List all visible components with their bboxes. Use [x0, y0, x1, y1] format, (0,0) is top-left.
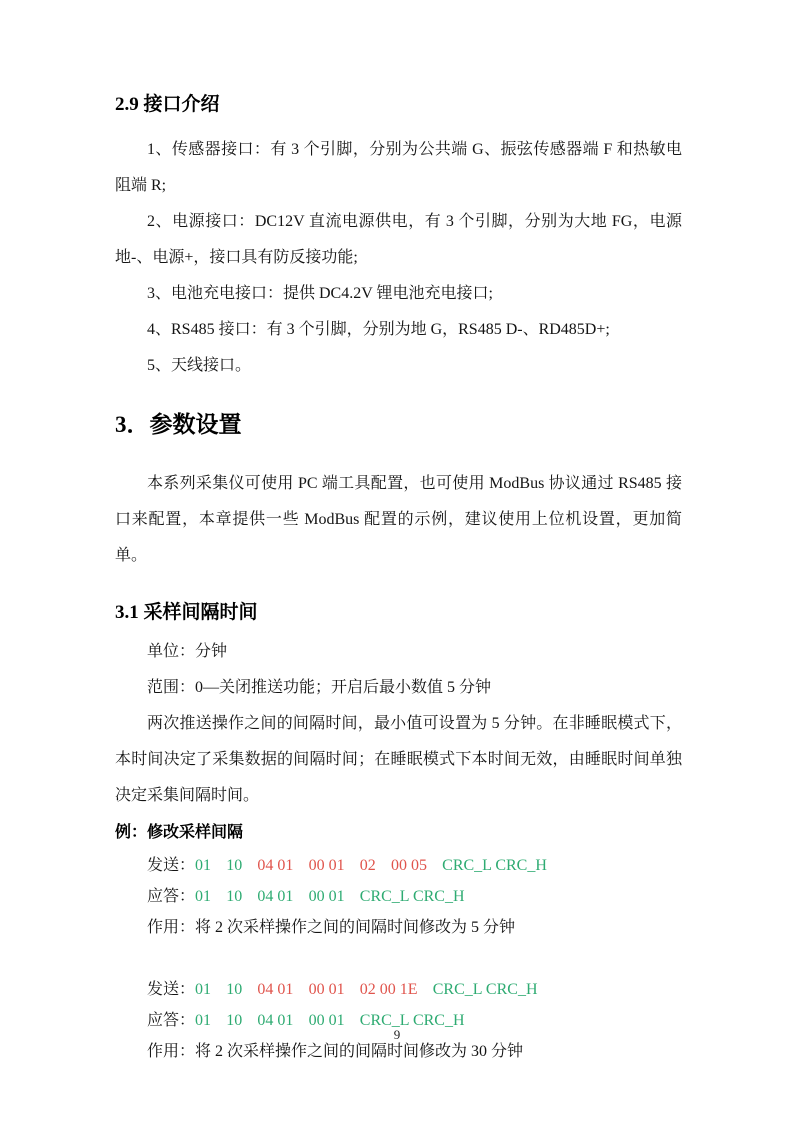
hex-token: 01 — [195, 981, 211, 998]
effect-text: 将 2 次采样操作之间的间隔时间修改为 5 分钟 — [195, 919, 515, 936]
interface-item-battery: 3、电池充电接口：提供 DC4.2V 锂电池充电接口; — [115, 276, 682, 312]
hex-token: 04 01 — [257, 888, 293, 905]
reply-label: 应答： — [147, 888, 195, 905]
example-title: 例：修改采样间隔 — [115, 816, 682, 850]
hex-token: 01 — [195, 888, 211, 905]
section-3-1-heading: 3.1 采样间隔时间 — [115, 600, 682, 626]
effect-label: 作用： — [147, 1043, 195, 1060]
hex-token: 10 — [226, 857, 242, 874]
hex-token: 02 00 1E — [360, 981, 418, 998]
unit-line: 单位：分钟 — [115, 634, 682, 670]
section-2-9-heading: 2.9 接口介绍 — [115, 92, 682, 118]
reply-line: 应答：011004 0100 01CRC_L CRC_H — [115, 881, 682, 912]
effect-line: 作用：将 2 次采样操作之间的间隔时间修改为 5 分钟 — [115, 912, 682, 943]
section-3-heading: 3．参数设置 — [115, 410, 682, 440]
interface-item-sensor: 1、传感器接口：有 3 个引脚，分别为公共端 G、振弦传感器端 F 和热敏电阻端… — [115, 132, 682, 204]
hex-token: 10 — [226, 981, 242, 998]
page-number: 9 — [0, 1027, 794, 1043]
send-line: 发送：011004 0100 010200 05CRC_L CRC_H — [115, 850, 682, 881]
hex-token: CRC_L CRC_H — [433, 981, 538, 998]
hex-token: 10 — [226, 888, 242, 905]
hex-token: CRC_L CRC_H — [442, 857, 547, 874]
interval-description: 两次推送操作之间的间隔时间，最小值可设置为 5 分钟。在非睡眠模式下，本时间决定… — [115, 706, 682, 814]
interface-item-rs485: 4、RS485 接口：有 3 个引脚，分别为地 G，RS485 D-、RD485… — [115, 312, 682, 348]
hex-token: CRC_L CRC_H — [360, 888, 465, 905]
effect-text: 将 2 次采样操作之间的间隔时间修改为 30 分钟 — [195, 1043, 523, 1060]
hex-token: 00 01 — [309, 888, 345, 905]
range-line: 范围：0—关闭推送功能；开启后最小数值 5 分钟 — [115, 670, 682, 706]
interface-item-antenna: 5、天线接口。 — [115, 348, 682, 384]
send-line: 发送：011004 0100 0102 00 1ECRC_L CRC_H — [115, 974, 682, 1005]
section-3-intro: 本系列采集仪可使用 PC 端工具配置，也可使用 ModBus 协议通过 RS48… — [115, 466, 682, 574]
hex-token: 01 — [195, 857, 211, 874]
hex-token: 00 01 — [309, 857, 345, 874]
hex-token: 04 01 — [257, 857, 293, 874]
send-label: 发送： — [147, 857, 195, 874]
send-label: 发送： — [147, 981, 195, 998]
effect-label: 作用： — [147, 919, 195, 936]
hex-token: 00 05 — [391, 857, 427, 874]
hex-token: 00 01 — [309, 981, 345, 998]
interface-item-power: 2、电源接口：DC12V 直流电源供电，有 3 个引脚，分别为大地 FG，电源地… — [115, 204, 682, 276]
hex-token: 04 01 — [257, 981, 293, 998]
document-page: 2.9 接口介绍 1、传感器接口：有 3 个引脚，分别为公共端 G、振弦传感器端… — [0, 0, 794, 1123]
modbus-example-1: 发送：011004 0100 010200 05CRC_L CRC_H应答：01… — [115, 850, 682, 943]
hex-token: 02 — [360, 857, 376, 874]
modbus-example-2: 发送：011004 0100 0102 00 1ECRC_L CRC_H应答：0… — [115, 974, 682, 1067]
